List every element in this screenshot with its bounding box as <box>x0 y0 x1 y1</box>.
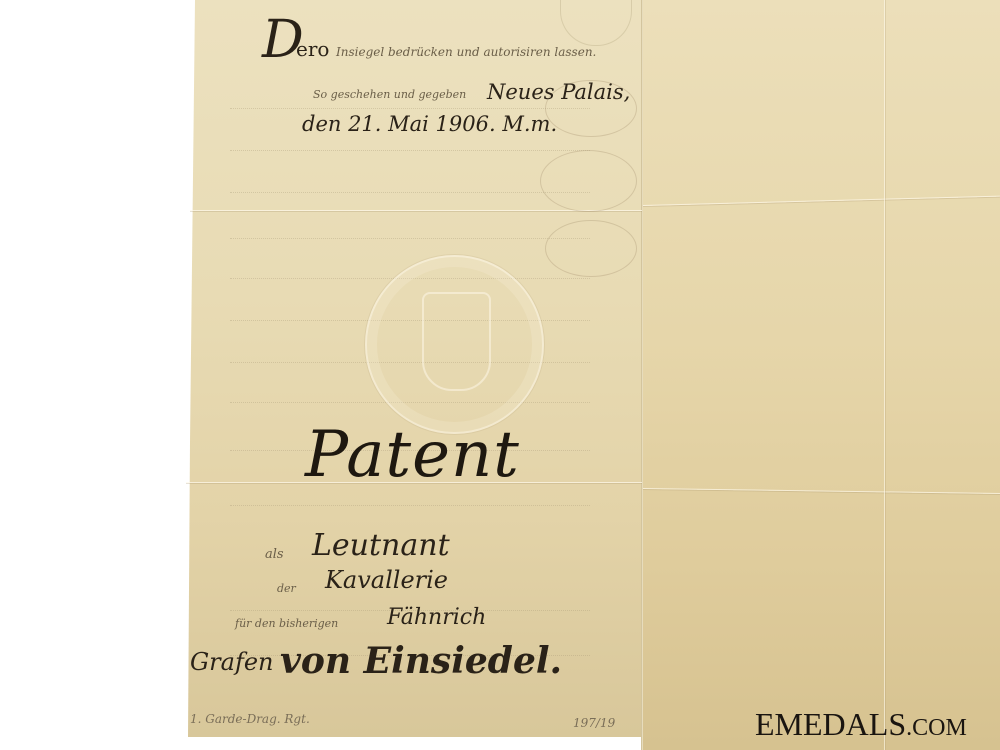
reference-number: 197/19 <box>573 716 615 730</box>
document-title: Patent <box>305 418 520 492</box>
watermark-suffix: .COM <box>906 715 967 741</box>
emedals-watermark: EMEDALS.COM <box>755 706 967 743</box>
regiment-annotation: 1. Garde-Drag. Rgt. <box>190 712 310 726</box>
branch-prefix: der <box>277 582 296 595</box>
header-initial-rest: ero <box>296 37 329 61</box>
recipient-name: von Einsiedel. <box>280 640 562 682</box>
bleed-through-text <box>230 228 590 239</box>
embossed-seal-icon <box>365 255 544 434</box>
decorative-flourish <box>540 150 637 212</box>
bleed-through-text <box>230 140 590 151</box>
bleed-through-text <box>230 495 590 506</box>
bleed-through-text <box>230 182 590 193</box>
header-line-2-prefix: So geschehen und gegeben <box>313 88 466 101</box>
former-rank: Fähnrich <box>387 605 486 630</box>
rank-prefix: als <box>265 547 284 562</box>
watermark-main: EMEDALS <box>755 706 906 742</box>
header-place: Neues Palais, <box>487 80 630 104</box>
branch: Kavallerie <box>325 566 448 594</box>
decorative-flourish <box>545 220 637 277</box>
header-line-1: Insiegel bedrücken und autorisiren lasse… <box>336 45 596 59</box>
rank: Leutnant <box>312 528 450 563</box>
header-date: den 21. Mai 1906. M.m. <box>302 112 557 136</box>
page-seam <box>641 0 643 750</box>
document-page-right <box>642 0 1000 750</box>
name-prefix: Grafen <box>190 648 274 676</box>
fold-line <box>884 0 885 750</box>
former-rank-prefix: für den bisherigen <box>235 617 338 630</box>
